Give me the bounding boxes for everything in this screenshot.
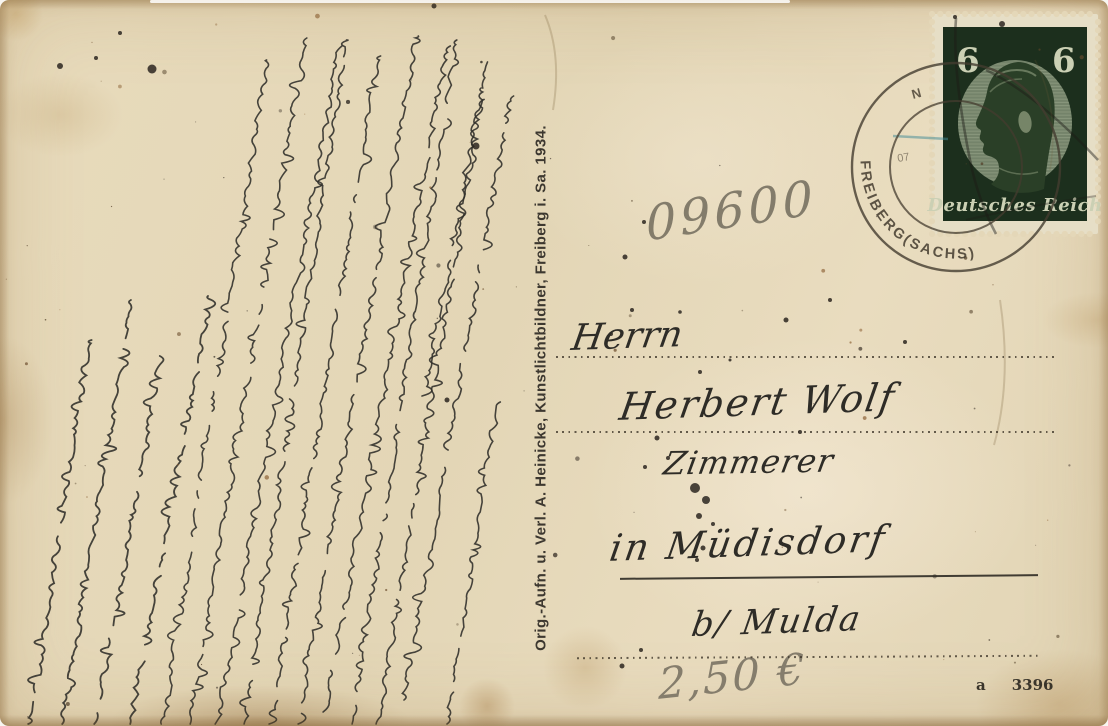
catalog-series-letter: a [976,676,986,694]
postal-code-pencil: 09600 [645,169,819,252]
postcard: 6 6 Deutsches Reich [0,0,1108,726]
stamp-value-right: 6 [1052,41,1076,81]
address-place: in Müdisdorf [607,517,891,570]
address-underline [620,574,1038,580]
address-recipient-name: Herbert Wolf [617,375,900,429]
postmark-hour-digits: 07 [896,151,910,165]
postage-stamp: 6 6 Deutsches Reich [926,10,1104,240]
publisher-credit-line: Orig.-Aufn. u. Verl. A. Heinicke, Kunstl… [533,125,550,651]
postmark-direction-letter: N [910,85,923,102]
catalog-number: a 3396 [976,676,1053,694]
address-recipient-prefix: Herrn [569,314,686,359]
stamp-value-left: 6 [956,41,980,81]
stamp-artwork: 6 6 Deutsches Reich [926,10,1104,240]
address-district: b/ Mulda [689,599,865,645]
address-dotted-line-3 [577,655,1041,659]
message-handwriting [28,36,514,724]
dealer-price-pencil: 2,50 € [658,644,806,710]
address-dotted-line-2 [556,431,1058,433]
address-dotted-line-1 [556,356,1058,358]
address-occupation: Zimmerer [661,441,837,482]
catalog-number-value: 3396 [1012,676,1054,694]
scanned-postcard-back: 6 6 Deutsches Reich [0,0,1108,726]
